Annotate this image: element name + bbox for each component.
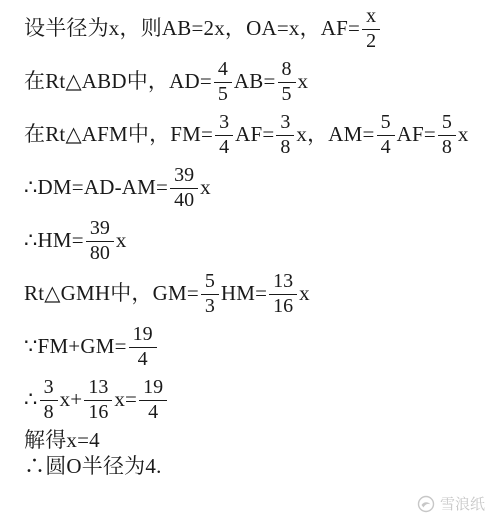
text-segment: ∴圆O半径为4. [24, 454, 162, 479]
fraction-denominator: 2 [362, 30, 380, 53]
watermark: 雪浪纸 [417, 493, 485, 514]
text-segment: x [299, 281, 310, 306]
fraction-denominator: 4 [134, 348, 152, 371]
fraction: 54 [377, 112, 395, 158]
text-segment: 解得x=4 [24, 428, 100, 453]
solution-line: ∴38x+1316x=194 [24, 375, 499, 425]
fraction-denominator: 16 [269, 295, 297, 318]
fraction-numerator: 39 [86, 218, 114, 242]
fraction: 194 [139, 377, 167, 423]
fraction-denominator: 16 [84, 401, 112, 424]
fraction: 3980 [86, 218, 114, 264]
solution-line: 解得x=4 [24, 428, 499, 454]
fraction-numerator: 8 [278, 59, 296, 83]
fraction: 38 [40, 377, 58, 423]
text-segment: 在Rt△AFM中，FM= [24, 122, 213, 147]
text-segment: HM= [221, 281, 267, 306]
fraction-denominator: 8 [438, 136, 456, 159]
fraction: x2 [362, 6, 380, 52]
text-segment: x [298, 69, 309, 94]
fraction: 3940 [170, 165, 198, 211]
fraction-numerator: 5 [377, 112, 395, 136]
paper-logo-icon [417, 495, 435, 513]
text-segment: ∴ [24, 387, 38, 412]
fraction-denominator: 8 [40, 401, 58, 424]
fraction: 38 [276, 112, 294, 158]
fraction-numerator: 4 [214, 59, 232, 83]
fraction: 34 [215, 112, 233, 158]
fraction-numerator: 13 [269, 271, 297, 295]
fraction: 194 [129, 324, 157, 370]
text-segment: x= [114, 387, 137, 412]
solution-line: ∴圆O半径为4. [24, 454, 499, 480]
solution-line: Rt△GMH中，GM=53HM=1316x [24, 269, 499, 319]
text-segment: x [458, 122, 469, 147]
fraction-denominator: 5 [278, 83, 296, 106]
fraction-denominator: 4 [377, 136, 395, 159]
fraction-numerator: 3 [215, 112, 233, 136]
fraction-numerator: 3 [40, 377, 58, 401]
solution: 设半径为x，则AB=2x，OA=x，AF=x2在Rt△ABD中，AD=45AB=… [24, 4, 499, 480]
fraction: 58 [438, 112, 456, 158]
fraction-numerator: 39 [170, 165, 198, 189]
fraction-numerator: 13 [84, 377, 112, 401]
text-segment: ∴DM=AD-AM= [24, 175, 168, 200]
fraction: 1316 [84, 377, 112, 423]
fraction-numerator: 5 [438, 112, 456, 136]
fraction-denominator: 4 [215, 136, 233, 159]
text-segment: ∴HM= [24, 228, 84, 253]
text-segment: x，AM= [296, 122, 374, 147]
text-segment: AF= [397, 122, 436, 147]
fraction: 53 [201, 271, 219, 317]
text-segment: x [200, 175, 211, 200]
text-segment: AF= [235, 122, 274, 147]
solution-line: ∴HM=3980x [24, 216, 499, 266]
text-segment: x [116, 228, 127, 253]
solution-line: ∴DM=AD-AM=3940x [24, 163, 499, 213]
fraction: 45 [214, 59, 232, 105]
fraction-numerator: 19 [139, 377, 167, 401]
fraction-numerator: 19 [129, 324, 157, 348]
fraction-denominator: 80 [86, 242, 114, 265]
solution-line: ∵FM+GM=194 [24, 322, 499, 372]
text-segment: x+ [60, 387, 83, 412]
fraction-denominator: 8 [276, 136, 294, 159]
watermark-label: 雪浪纸 [440, 493, 485, 514]
fraction: 85 [278, 59, 296, 105]
fraction-numerator: 5 [201, 271, 219, 295]
fraction-denominator: 3 [201, 295, 219, 318]
fraction: 1316 [269, 271, 297, 317]
text-segment: 在Rt△ABD中，AD= [24, 69, 212, 94]
fraction-denominator: 40 [170, 189, 198, 212]
solution-line: 在Rt△AFM中，FM=34AF=38x，AM=54AF=58x [24, 110, 499, 160]
text-segment: Rt△GMH中，GM= [24, 281, 199, 306]
text-segment: ∵FM+GM= [24, 334, 127, 359]
solution-line: 在Rt△ABD中，AD=45AB=85x [24, 57, 499, 107]
fraction-denominator: 4 [144, 401, 162, 424]
solution-line: 设半径为x，则AB=2x，OA=x，AF=x2 [24, 4, 499, 54]
fraction-numerator: 3 [276, 112, 294, 136]
text-segment: 设半径为x，则AB=2x，OA=x，AF= [24, 16, 360, 41]
fraction-denominator: 5 [214, 83, 232, 106]
text-segment: AB= [234, 69, 276, 94]
fraction-numerator: x [362, 6, 380, 30]
